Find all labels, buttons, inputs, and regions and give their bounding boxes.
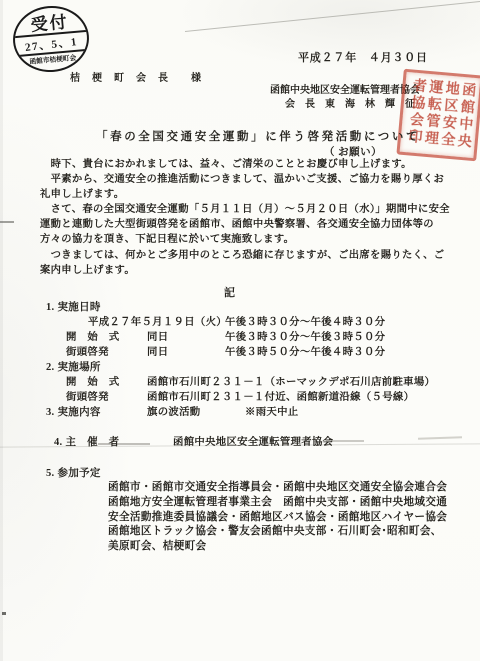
section-label: 実施場所: [57, 361, 100, 374]
section-label: 実施内容: [57, 406, 100, 419]
body-paragraph-2: 平素から、交通安全の推進活動につきまして、温かいご支援、ご協力を賜り厚くお礼申し…: [40, 172, 452, 202]
body-paragraph-4: つきましては、何かとご多用中のところ恐縮に存じますが、ご出席を賜りたく、ご案内申…: [40, 248, 452, 278]
issue-date: 平成２７年 ４月３０日: [298, 52, 428, 65]
section-5-heading: 5.参加予定: [46, 467, 101, 480]
participants-line: 函館市・函館市交通安全指導員会・函館中央地区交通安全協会連合会: [108, 481, 447, 496]
schedule-row-time: 午後３時３０分～午後３時５０分: [225, 331, 385, 344]
section-4-heading: 4.主 催 者: [54, 436, 119, 449]
sender-chairman-name: 会 長 東 海 林 輝 征: [285, 98, 415, 111]
section-label: 主 催 者: [65, 436, 119, 449]
organizer-value: 函館中央地区安全運転管理者協会: [173, 436, 333, 449]
subject-title: 「春の全国交通安全運動」に伴う啓発活動について: [96, 131, 420, 144]
participants-list: 函館市・函館市交通安全指導員会・函館中央地区交通安全協会連合会 函館地方安全運転…: [108, 481, 447, 555]
notice-heading: 記: [224, 287, 236, 300]
schedule-time: 午後３時３０分～午後４時３０分: [225, 316, 385, 329]
section-label: 参加予定: [57, 467, 100, 480]
section-number: 2.: [46, 361, 54, 374]
recipient-name: 桔 梗 町 会 長 様: [70, 72, 202, 85]
red-seal: 函館中央地区安全運転管理者協会印: [396, 69, 480, 162]
place-row-label: 開 始 式: [66, 376, 119, 389]
section-number: 3.: [46, 406, 54, 419]
section-number: 4.: [54, 436, 62, 449]
rain-cancel-note: ※雨天中止: [245, 406, 298, 419]
participants-line: 美原町会、桔梗町会: [108, 540, 447, 555]
body-paragraph-1: 時下、貴台におかれましては、益々、ご清栄のこととお慶び申し上げます。: [40, 157, 452, 172]
body-paragraph-3: さて、春の全国交通安全運動「５月１１日（月）～５月２０日（水）」期間中に安全運動…: [40, 202, 452, 248]
participants-line: 函館地区トラック協会・警友会函館中央支部・石川町会･昭和町会、: [108, 525, 447, 540]
participants-line: 安全活動推進委員協議会・函館地区バス協会・函館地区ハイヤー協会: [108, 511, 447, 526]
content-value: 旗の波活動: [147, 406, 200, 419]
schedule-row-date: 同日: [147, 346, 168, 359]
scan-artifact-edge-shadow: [0, 0, 3, 661]
schedule-row-label: 街頭啓発: [66, 346, 109, 359]
section-1-heading: 1.実施日時: [46, 301, 101, 314]
section-3-heading: 3.実施内容: [46, 406, 101, 419]
receipt-stamp: 受付 27、5、1 函館市桔梗町会: [10, 3, 91, 75]
section-2-heading: 2.実施場所: [46, 361, 101, 374]
place-row-value: 函館市石川町２３１－１付近、函館新道沿線（５号線）: [147, 391, 414, 404]
schedule-date: 平成２７年５月１９日（火）: [88, 316, 227, 329]
place-row-value: 函館市石川町２３１－１（ホーマックデポ石川店前駐車場）: [147, 376, 435, 389]
participants-line: 函館地方安全運転管理者事業主会 函館中央支部・函館中央地域交通: [108, 496, 447, 511]
schedule-row-time: 午後３時５０分～午後４時３０分: [225, 346, 385, 359]
place-row-label: 街頭啓発: [66, 391, 109, 404]
scan-artifact-dash: [418, 436, 462, 439]
section-number: 5.: [46, 467, 54, 480]
section-number: 1.: [46, 301, 54, 314]
schedule-row-label: 開 始 式: [66, 331, 119, 344]
schedule-row-date: 同日: [147, 331, 168, 344]
sender-organization: 函館中央地区安全運転管理者協会: [270, 84, 420, 97]
scan-artifact-diagonal-line: [185, 1, 480, 32]
scanned-letter-page: 受付 27、5、1 函館市桔梗町会 平成２７年 ４月３０日 桔 梗 町 会 長 …: [0, 0, 480, 661]
section-label: 実施日時: [57, 301, 100, 314]
